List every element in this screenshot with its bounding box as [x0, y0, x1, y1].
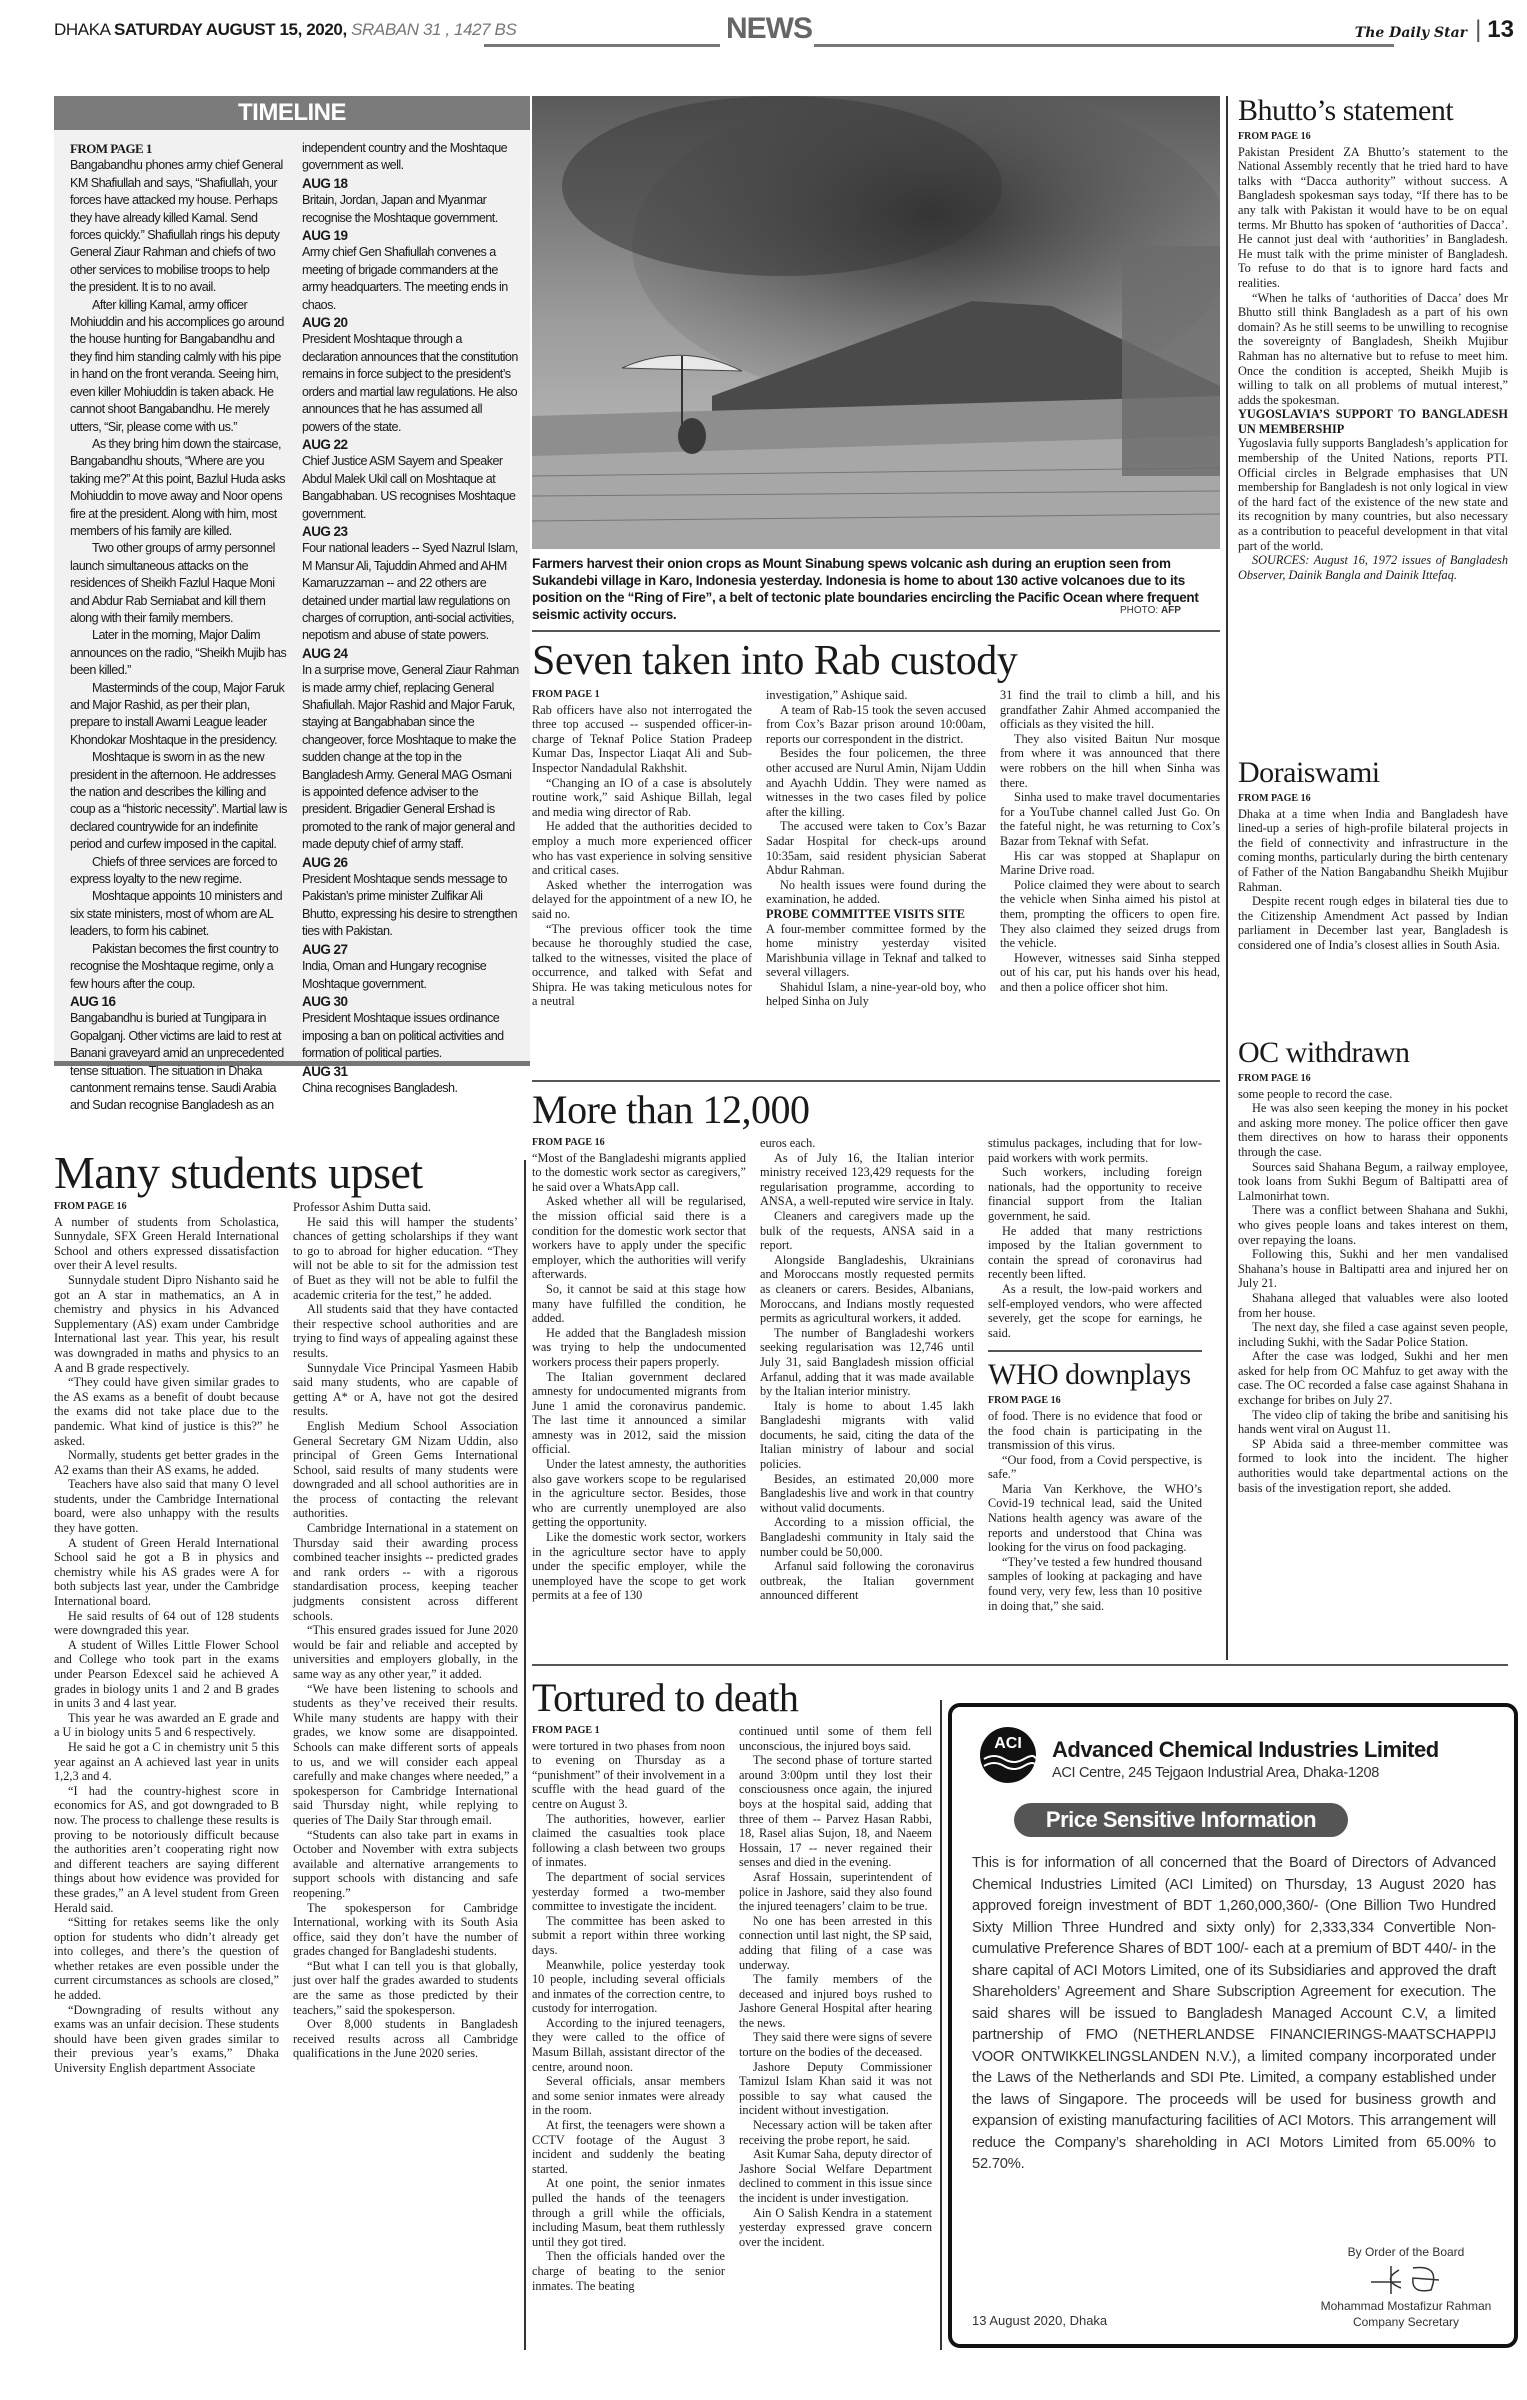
paragraph: The department of social services yester… — [532, 1870, 725, 1914]
paragraph: Ain O Salish Kendra in a statement yeste… — [739, 2206, 932, 2250]
headline: Many students upset — [54, 1150, 518, 1196]
paragraph: The family members of the deceased and i… — [739, 1972, 932, 2030]
article-tortured-to-death: Tortured to death FROM PAGE 1 were tortu… — [532, 1678, 932, 2293]
timeline-paragraph: Moshtaque appoints 10 ministers and six … — [70, 888, 288, 940]
paragraph: “Students can also take part in exams in… — [293, 1828, 518, 1901]
paragraph: The spokesperson for Cambridge Internati… — [293, 1901, 518, 1959]
article-who-downplays: WHO downplays FROM PAGE 16 of food. Ther… — [988, 1360, 1202, 1613]
paragraph: English Medium School Association Genera… — [293, 1419, 518, 1521]
timeline-entry: China recognises Bangladesh. — [302, 1080, 520, 1097]
signatory-title: Company Secretary — [1316, 2314, 1496, 2330]
timeline-box: TIMELINE FROM PAGE 1 Bangabandhu phones … — [54, 96, 530, 1066]
timeline-date: AUG 31 — [302, 1063, 520, 1080]
paragraph: They said there were signs of severe tor… — [739, 2030, 932, 2059]
paragraph: He said results of 64 out of 128 student… — [54, 1609, 279, 1638]
separator: | — [1475, 16, 1481, 43]
paragraph: At one point, the senior inmates pulled … — [532, 2176, 725, 2249]
timeline-col-1: FROM PAGE 1 Bangabandhu phones army chie… — [70, 140, 288, 1115]
paragraph: SP Abida said a three-member committee w… — [1238, 1437, 1508, 1495]
paragraph: A four-member committee formed by the ho… — [766, 922, 986, 980]
dateline: DHAKA SATURDAY AUGUST 15, 2020, SRABAN 3… — [54, 20, 516, 40]
paragraph: No one has been arrested in this connect… — [739, 1914, 932, 1972]
aci-advertisement: ACI Advanced Chemical Industries Limited… — [948, 1703, 1518, 2348]
price-sensitive-banner: Price Sensitive Information — [1014, 1803, 1348, 1837]
divider — [532, 1080, 1220, 1082]
headline: Doraiswami — [1238, 758, 1508, 788]
paragraph: Besides the four policemen, the three ot… — [766, 746, 986, 819]
paragraph: Sunnydale student Dipro Nishanto said he… — [54, 1273, 279, 1375]
paragraph: 31 find the trail to climb a hill, and h… — [1000, 688, 1220, 732]
article-students-upset: Many students upset FROM PAGE 16 A numbe… — [54, 1150, 518, 2076]
paragraph: Meanwhile, police yesterday took 10 peop… — [532, 1958, 725, 2016]
paragraph: “They’ve tested a few hundred thousand s… — [988, 1555, 1202, 1613]
paragraph: Maria Van Kerkhove, the WHO’s Covid-19 t… — [988, 1482, 1202, 1555]
dateline-city: DHAKA — [54, 20, 110, 39]
timeline-paragraph: Moshtaque is sworn in as the new preside… — [70, 749, 288, 853]
order-line: By Order of the Board — [1316, 2244, 1496, 2260]
wave-icon — [980, 1753, 1036, 1777]
paragraph: Professor Ashim Dutta said. — [293, 1200, 518, 1215]
timeline-paragraph: Pakistan becomes the first country to re… — [70, 941, 288, 993]
ad-body: This is for information of all concerned… — [972, 1853, 1496, 2176]
paragraph: Necessary action will be taken after rec… — [739, 2118, 932, 2147]
paragraph: “But what I can tell you is that globall… — [293, 1959, 518, 2017]
paragraph: The next day, she filed a case against s… — [1238, 1320, 1508, 1349]
timeline-paragraph: Chiefs of three services are forced to e… — [70, 854, 288, 889]
timeline-entry: Four national leaders -- Syed Nazrul Isl… — [302, 540, 520, 644]
aci-logo-text: ACI — [980, 1735, 1036, 1753]
timeline-date: AUG 19 — [302, 227, 520, 244]
paragraph: Dhaka at a time when India and Banglades… — [1238, 807, 1508, 895]
paragraph: The accused were taken to Cox’s Bazar Sa… — [766, 819, 986, 877]
timeline-entry: President Moshtaque through a declaratio… — [302, 331, 520, 435]
paragraph: As a result, the low-paid workers and se… — [988, 1282, 1202, 1340]
paragraph: Sources said Shahana Begum, a railway em… — [1238, 1160, 1508, 1204]
paragraph: “They could have given similar grades to… — [54, 1375, 279, 1448]
timeline-paragraph: Two other groups of army personnel launc… — [70, 540, 288, 627]
timeline-date: AUG 18 — [302, 175, 520, 192]
photo-credit: PHOTO: AFP — [1120, 605, 1181, 616]
timeline-paragraph: Masterminds of the coup, Major Faruk and… — [70, 680, 288, 750]
paragraph: Shahana alleged that valuables were also… — [1238, 1291, 1508, 1320]
paragraph: His car was stopped at Shaplapur on Mari… — [1000, 849, 1220, 878]
paragraph: Jashore Deputy Commissioner Tamizul Isla… — [739, 2060, 932, 2118]
from-page-label: FROM PAGE 16 — [1238, 1072, 1508, 1087]
paragraph: Under the latest amnesty, the authoritie… — [532, 1457, 746, 1530]
article-doraiswami: Doraiswami FROM PAGE 16 Dhaka at a time … — [1238, 758, 1508, 953]
paragraph: Pakistan President ZA Bhutto’s statement… — [1238, 145, 1508, 291]
paper-logo: The Daily Star — [1355, 25, 1467, 41]
paragraph: He added that many restrictions imposed … — [988, 1224, 1202, 1282]
paragraph: were tortured in two phases from noon to… — [532, 1739, 725, 1812]
paragraph: some people to record the case. — [1238, 1087, 1508, 1102]
paragraph: “We have been listening to schools and s… — [293, 1682, 518, 1828]
paragraph: Asked whether the interrogation was dela… — [532, 878, 752, 922]
article-bhutto: Bhutto’s statement FROM PAGE 16 Pakistan… — [1238, 96, 1508, 582]
timeline-entry: In a surprise move, General Ziaur Rahman… — [302, 662, 520, 853]
paragraph: Shahidul Islam, a nine-year-old boy, who… — [766, 980, 986, 1009]
from-page-label: FROM PAGE 16 — [1238, 130, 1508, 145]
paragraph: Teachers have also said that many O leve… — [54, 1477, 279, 1535]
paragraph: The committee has been asked to submit a… — [532, 1914, 725, 1958]
paragraph: As of July 16, the Italian interior mini… — [760, 1151, 974, 1209]
paragraph: So, it cannot be said at this stage how … — [532, 1282, 746, 1326]
paragraph: He added that the authorities decided to… — [532, 819, 752, 877]
paragraph: He said this will hamper the students’ c… — [293, 1215, 518, 1303]
headline: More than 12,000 — [532, 1090, 1202, 1130]
paragraph: The number of Bangladeshi workers seekin… — [760, 1326, 974, 1399]
divider — [532, 630, 1220, 632]
paragraph: “The previous officer took the time beca… — [532, 922, 752, 1010]
paragraph: Yugoslavia fully supports Bangladesh’s a… — [1238, 436, 1508, 553]
paragraph: Besides, an estimated 20,000 more Bangla… — [760, 1472, 974, 1516]
from-page-label: FROM PAGE 1 — [532, 1724, 725, 1739]
company-name: Advanced Chemical Industries Limited — [1052, 1737, 1439, 1763]
paragraph: Arfanul said following the coronavirus o… — [760, 1559, 974, 1603]
paragraph: “Most of the Bangladeshi migrants applie… — [532, 1151, 746, 1195]
timeline-date: AUG 16 — [70, 993, 288, 1010]
paragraph: The Italian government declared amnesty … — [532, 1370, 746, 1458]
masthead-rule-right — [814, 44, 1394, 47]
timeline-paragraph: After killing Kamal, army officer Mohiud… — [70, 297, 288, 436]
article-rab-custody: Seven taken into Rab custody FROM PAGE 1… — [532, 640, 1220, 1009]
timeline-date: AUG 23 — [302, 523, 520, 540]
timeline-entry: Chief Justice ASM Sayem and Speaker Abdu… — [302, 453, 520, 523]
paragraph: All students said that they have contact… — [293, 1302, 518, 1360]
paragraph: of food. There is no evidence that food … — [988, 1409, 1202, 1453]
paragraph: Alongside Bangladeshis, Ukrainians and M… — [760, 1253, 974, 1326]
paragraph: Following this, Sukhi and her men vandal… — [1238, 1247, 1508, 1291]
from-page-label: FROM PAGE 16 — [532, 1136, 746, 1151]
headline: Bhutto’s statement — [1238, 96, 1508, 126]
paragraph: continued until some of them fell uncons… — [739, 1724, 932, 1753]
sources-line: SOURCES: August 16, 1972 issues of Bangl… — [1238, 553, 1508, 582]
signature-block: By Order of the Board Mohammad Mostafizu… — [1316, 2244, 1496, 2330]
paragraph: A student of Willes Little Flower School… — [54, 1638, 279, 1711]
section-title: NEWS — [726, 12, 812, 46]
paragraph: euros each. — [760, 1136, 974, 1151]
paragraph: A team of Rab-15 took the seven accused … — [766, 703, 986, 747]
paragraph: “When he talks of ‘authorities of Dacca’… — [1238, 291, 1508, 408]
paragraph: Normally, students get better grades in … — [54, 1448, 279, 1477]
paragraph: The video clip of taking the bribe and s… — [1238, 1408, 1508, 1437]
photo-credit-label: PHOTO: — [1120, 605, 1158, 616]
paragraph: This year he was awarded an E grade and … — [54, 1711, 279, 1740]
paragraph: A number of students from Scholastica, S… — [54, 1215, 279, 1273]
from-page-label: FROM PAGE 16 — [1238, 792, 1508, 807]
paragraph: investigation,” Ashique said. — [766, 688, 986, 703]
signature-icon — [1316, 2260, 1496, 2298]
column-rule — [1226, 96, 1228, 1046]
paragraph: A student of Green Herald International … — [54, 1536, 279, 1609]
masthead-rule-left — [484, 44, 720, 47]
from-page-label: FROM PAGE 16 — [988, 1394, 1202, 1409]
subheading: PROBE COMMITTEE VISITS SITE — [766, 907, 986, 922]
timeline-date: AUG 24 — [302, 645, 520, 662]
paragraph: No health issues were found during the e… — [766, 878, 986, 907]
timeline-date: AUG 27 — [302, 941, 520, 958]
paragraph: Several officials, ansar members and som… — [532, 2074, 725, 2118]
paragraph: The second phase of torture started arou… — [739, 1753, 932, 1870]
timeline-entry: Bangabandhu is buried at Tungipara in Go… — [70, 1010, 288, 1114]
paragraph: stimulus packages, including that for lo… — [988, 1136, 1202, 1165]
timeline-entry: Britain, Jordan, Japan and Myanmar recog… — [302, 192, 520, 227]
paragraph: Italy is home to about 1.45 lakh Banglad… — [760, 1399, 974, 1472]
paragraph: Despite recent rough edges in bilateral … — [1238, 894, 1508, 952]
paragraph: However, witnesses said Sinha stepped ou… — [1000, 951, 1220, 995]
timeline-entry: Army chief Gen Shafiullah convenes a mee… — [302, 244, 520, 314]
paragraph: Cleaners and caregivers made up the bulk… — [760, 1209, 974, 1253]
column-rule — [524, 1160, 526, 2350]
timeline-entry: President Moshtaque issues ordinance imp… — [302, 1010, 520, 1062]
dateline-date: SATURDAY AUGUST 15, 2020, — [114, 20, 347, 39]
paragraph: “I had the country-highest score in econ… — [54, 1784, 279, 1915]
paragraph: Cambridge International in a statement o… — [293, 1521, 518, 1623]
divider — [532, 1664, 1508, 1666]
timeline-entry: President Moshtaque sends message to Pak… — [302, 871, 520, 941]
from-page-label: FROM PAGE 16 — [54, 1200, 279, 1215]
article-more-than-12000: More than 12,000 FROM PAGE 16 “Most of t… — [532, 1090, 1202, 1613]
headline: OC withdrawn — [1238, 1038, 1508, 1068]
timeline-date: AUG 30 — [302, 993, 520, 1010]
timeline-title: TIMELINE — [54, 96, 530, 130]
paragraph: Over 8,000 students in Bangladesh receiv… — [293, 2017, 518, 2061]
sources-label: SOURCES: — [1252, 553, 1309, 567]
paragraph: Such workers, including foreign national… — [988, 1165, 1202, 1223]
ad-date-place: 13 August 2020, Dhaka — [972, 2313, 1107, 2328]
timeline-date: AUG 26 — [302, 854, 520, 871]
column-rule — [940, 1700, 942, 2350]
paragraph: The authorities, however, earlier claime… — [532, 1812, 725, 1870]
paragraph: They also visited Baitun Nur mosque from… — [1000, 732, 1220, 790]
timeline-date: AUG 22 — [302, 436, 520, 453]
paragraph: According to the injured teenagers, they… — [532, 2016, 725, 2074]
paragraph: “Sitting for retakes seems like the only… — [54, 1915, 279, 2003]
paragraph: At first, the teenagers were shown a CCT… — [532, 2118, 725, 2176]
paragraph: Asit Kumar Saha, deputy director of Jash… — [739, 2147, 932, 2205]
from-page-label: FROM PAGE 1 — [532, 688, 752, 703]
photo-credit-source: AFP — [1161, 605, 1181, 616]
volcano-photo — [532, 96, 1220, 549]
signatory-name: Mohammad Mostafizur Rahman — [1316, 2298, 1496, 2314]
volcano-image-icon — [532, 96, 1220, 549]
paragraph: “Changing an IO of a case is absolutely … — [532, 776, 752, 820]
article-oc-withdrawn: OC withdrawn FROM PAGE 16 some people to… — [1238, 1038, 1508, 1495]
paragraph: Sinha used to make travel documentaries … — [1000, 790, 1220, 848]
paragraph: Rab officers have also not interrogated … — [532, 703, 752, 776]
paragraph: Then the officials handed over the charg… — [532, 2249, 725, 2293]
paragraph: “Our food, from a Covid perspective, is … — [988, 1453, 1202, 1482]
headline: Tortured to death — [532, 1678, 932, 1718]
dateline-bangla-date: SRABAN 31 , 1427 BS — [351, 20, 516, 39]
paragraph: “Downgrading of results without any exam… — [54, 2003, 279, 2076]
paragraph: He said he got a C in chemistry unit 5 t… — [54, 1740, 279, 1784]
aci-logo-icon: ACI — [980, 1727, 1036, 1783]
company-address: ACI Centre, 245 Tejgaon Industrial Area,… — [1052, 1765, 1379, 1781]
timeline-entry: India, Oman and Hungary recognise Moshta… — [302, 958, 520, 993]
timeline-date: AUG 20 — [302, 314, 520, 331]
paragraph: He was also seen keeping the money in hi… — [1238, 1101, 1508, 1159]
paragraph: Police claimed they were about to search… — [1000, 878, 1220, 951]
paragraph: Like the domestic work sector, workers i… — [532, 1530, 746, 1603]
timeline-paragraph: independent country and the Moshtaque go… — [302, 140, 520, 175]
timeline-paragraph: As they bring him down the staircase, Ba… — [70, 436, 288, 540]
page-number: 13 — [1487, 16, 1514, 43]
timeline-col-2: independent country and the Moshtaque go… — [302, 140, 520, 1115]
paragraph: Sunnydale Vice Principal Yasmeen Habib s… — [293, 1361, 518, 1419]
paragraph: According to a mission official, the Ban… — [760, 1515, 974, 1559]
column-rule — [1226, 1040, 1228, 1660]
paragraph: There was a conflict between Shahana and… — [1238, 1203, 1508, 1247]
from-page-label: FROM PAGE 1 — [70, 140, 288, 157]
masthead: DHAKA SATURDAY AUGUST 15, 2020, SRABAN 3… — [54, 14, 1514, 48]
headline: WHO downplays — [988, 1360, 1202, 1390]
headline: Seven taken into Rab custody — [532, 640, 1220, 682]
subheading: YUGOSLAVIA’S SUPPORT TO BANGLADESH UN ME… — [1238, 407, 1508, 436]
photo-caption: Farmers harvest their onion crops as Mou… — [532, 555, 1220, 623]
paragraph: After the case was lodged, Sukhi and her… — [1238, 1349, 1508, 1407]
timeline-paragraph: Later in the morning, Major Dalim announ… — [70, 627, 288, 679]
paragraph: Asraf Hossain, superintendent of police … — [739, 1870, 932, 1914]
paper-and-page: The Daily Star|13 — [1355, 16, 1514, 44]
paragraph: He added that the Bangladesh mission was… — [532, 1326, 746, 1370]
timeline-paragraph: Bangabandhu phones army chief General KM… — [70, 157, 288, 296]
divider — [988, 1350, 1202, 1352]
paragraph: “This ensured grades issued for June 202… — [293, 1623, 518, 1681]
paragraph: Asked whether all will be regularised, t… — [532, 1194, 746, 1282]
